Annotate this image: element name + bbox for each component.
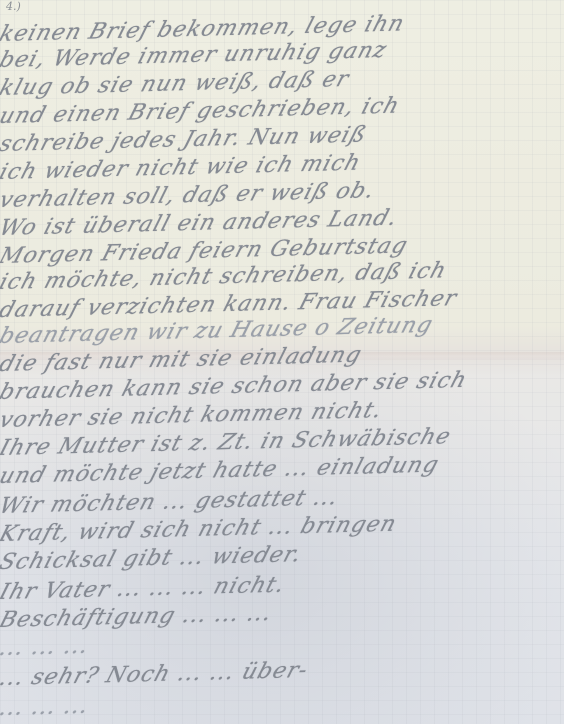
page-number: 4.) [6, 0, 21, 13]
letter-page: 4.) keinen Brief bekommen, lege ihn bei,… [0, 0, 564, 724]
